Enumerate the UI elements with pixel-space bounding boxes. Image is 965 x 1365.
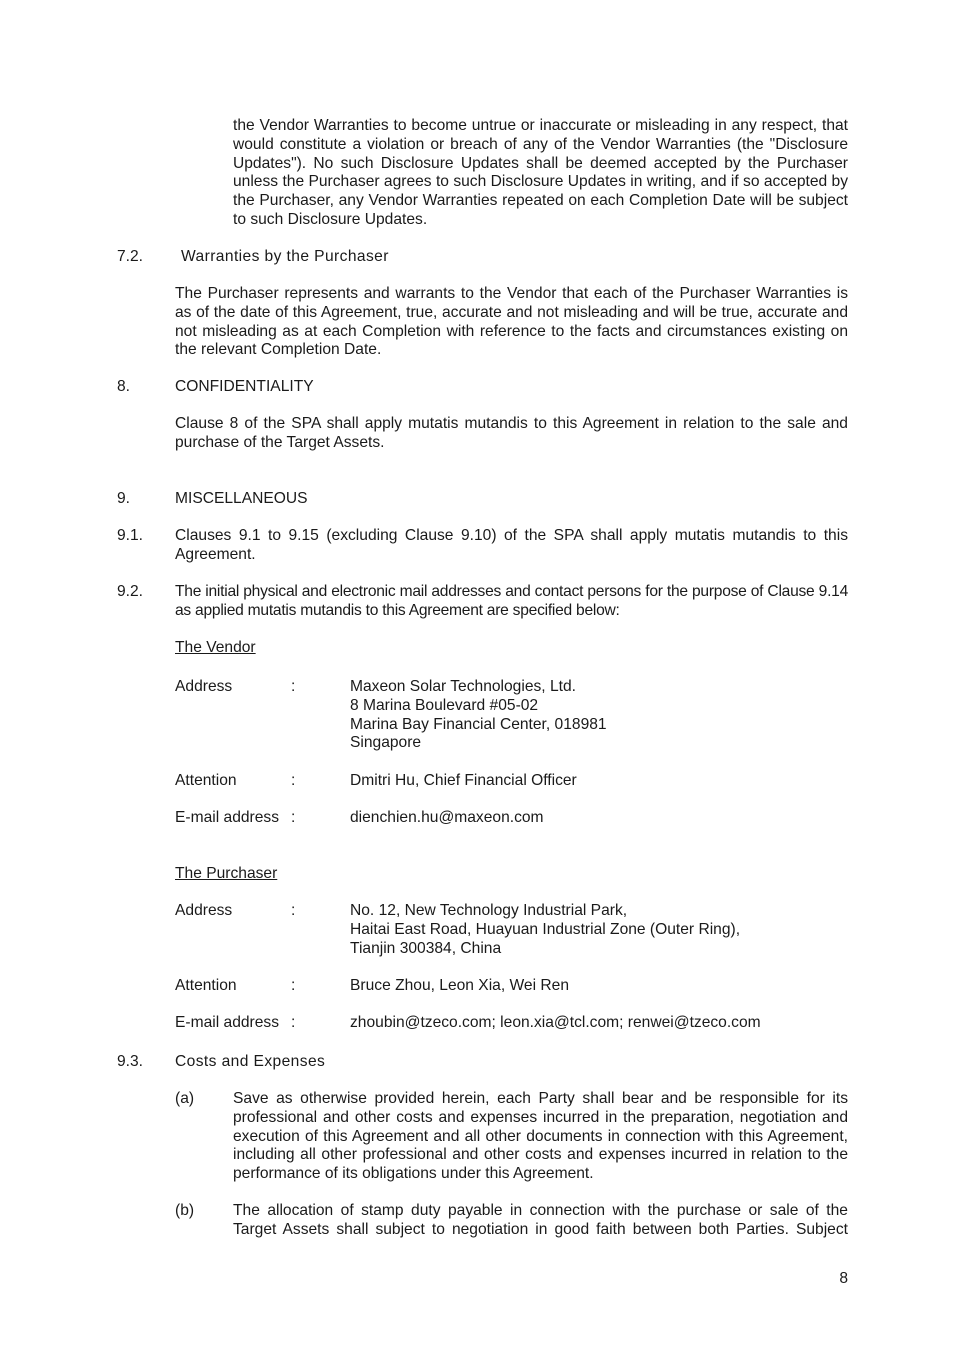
section-9-2-body: The initial physical and electronic mail…	[175, 583, 848, 621]
vendor-heading: The Vendor	[175, 639, 256, 658]
purchaser-attention-colon: :	[291, 977, 295, 996]
vendor-email-colon: :	[291, 809, 295, 828]
purchaser-address: No. 12, New Technology Industrial Park, …	[350, 902, 740, 958]
section-9-3-number: 9.3.	[117, 1053, 143, 1072]
section-9-1-number: 9.1.	[117, 527, 143, 546]
section-9-title: MISCELLANEOUS	[175, 490, 308, 509]
vendor-address-line: Maxeon Solar Technologies, Ltd.	[350, 678, 607, 697]
purchaser-email-label: E-mail address	[175, 1014, 279, 1033]
vendor-address: Maxeon Solar Technologies, Ltd. 8 Marina…	[350, 678, 607, 753]
purchaser-email-colon: :	[291, 1014, 295, 1033]
page-number: 8	[839, 1270, 848, 1289]
vendor-address-colon: :	[291, 678, 295, 697]
vendor-address-line: 8 Marina Boulevard #05-02	[350, 697, 607, 716]
section-8-body: Clause 8 of the SPA shall apply mutatis …	[175, 415, 848, 453]
section-9-3-title: Costs and Expenses	[175, 1053, 325, 1072]
vendor-address-line: Singapore	[350, 734, 607, 753]
purchaser-attention: Bruce Zhou, Leon Xia, Wei Ren	[350, 977, 569, 996]
vendor-address-line: Marina Bay Financial Center, 018981	[350, 716, 607, 735]
section-9-2-number: 9.2.	[117, 583, 143, 602]
vendor-address-label: Address	[175, 678, 232, 697]
section-8-title: CONFIDENTIALITY	[175, 378, 314, 397]
section-9-3-b-body: The allocation of stamp duty payable in …	[233, 1202, 848, 1240]
section-9-3-a-label: (a)	[175, 1090, 194, 1109]
section-7-2-body: The Purchaser represents and warrants to…	[175, 285, 848, 360]
vendor-attention-label: Attention	[175, 772, 237, 791]
vendor-email-label: E-mail address	[175, 809, 279, 828]
section-9-3-a-body: Save as otherwise provided herein, each …	[233, 1090, 848, 1184]
section-7-2-title: Warranties by the Purchaser	[181, 248, 389, 267]
section-9-1-body: Clauses 9.1 to 9.15 (excluding Clause 9.…	[175, 527, 848, 565]
purchaser-address-line: No. 12, New Technology Industrial Park,	[350, 902, 740, 921]
section-8-number: 8.	[117, 378, 130, 397]
purchaser-email: zhoubin@tzeco.com; leon.xia@tcl.com; ren…	[350, 1014, 761, 1033]
section-7-2-number: 7.2.	[117, 248, 143, 267]
purchaser-address-label: Address	[175, 902, 232, 921]
purchaser-address-line: Haitai East Road, Huayuan Industrial Zon…	[350, 921, 740, 940]
document-page: the Vendor Warranties to become untrue o…	[0, 0, 965, 1365]
section-9-number: 9.	[117, 490, 130, 509]
vendor-email: dienchien.hu@maxeon.com	[350, 809, 544, 828]
purchaser-address-line: Tianjin 300384, China	[350, 940, 740, 959]
continuation-paragraph: the Vendor Warranties to become untrue o…	[233, 117, 848, 230]
section-9-3-b-label: (b)	[175, 1202, 194, 1221]
purchaser-address-colon: :	[291, 902, 295, 921]
purchaser-attention-label: Attention	[175, 977, 237, 996]
purchaser-heading: The Purchaser	[175, 865, 277, 884]
vendor-attention-colon: :	[291, 772, 295, 791]
vendor-attention: Dmitri Hu, Chief Financial Officer	[350, 772, 577, 791]
